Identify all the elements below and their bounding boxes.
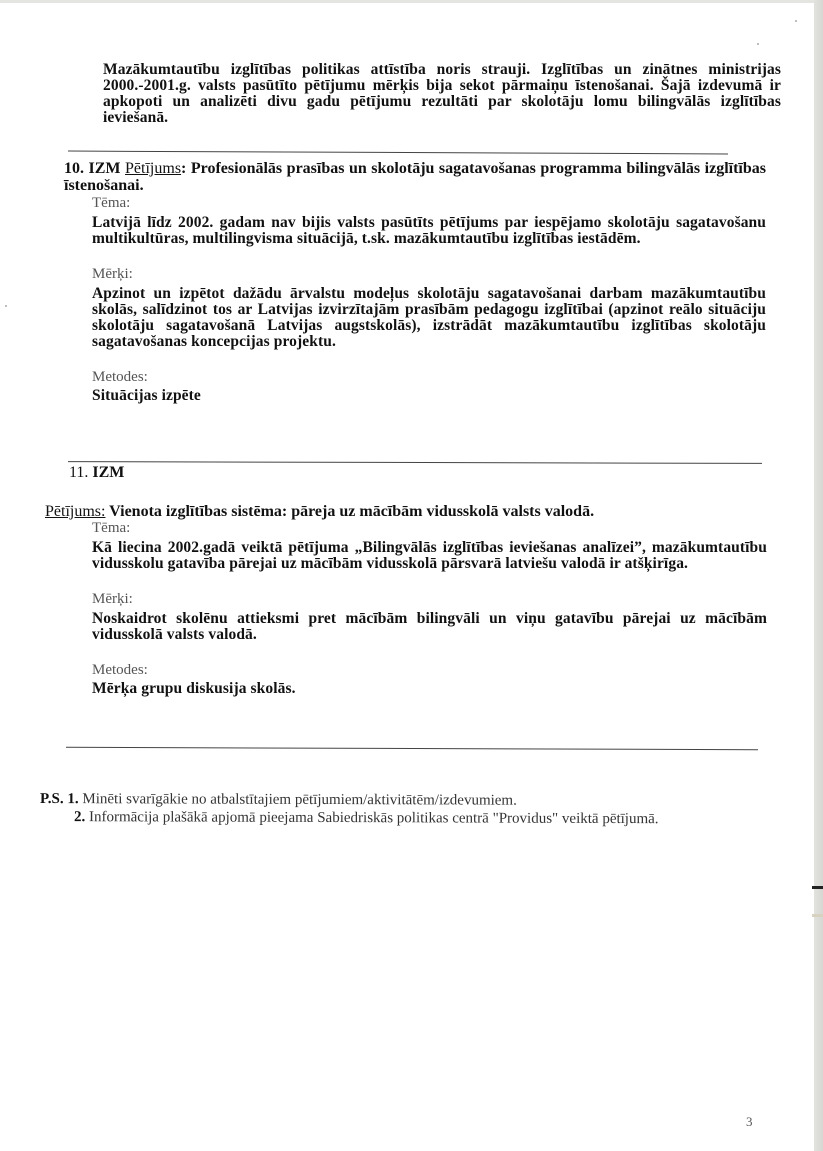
scan-speck xyxy=(795,20,797,22)
scan-edge-mark xyxy=(812,914,823,917)
study-label: Pētījums xyxy=(125,160,181,177)
item-org: IZM xyxy=(92,464,124,481)
ps-note-2: 2. Informācija plašākā apjomā pieejama S… xyxy=(40,809,780,829)
study-title: Vienota izglītības sistēma: pāreja uz mā… xyxy=(105,503,594,520)
item-number: 10. xyxy=(64,160,84,177)
goals-text: Apzinot un izpētot dažādu ārvalstu modeļ… xyxy=(92,286,766,350)
item-org: IZM xyxy=(89,160,121,177)
ps-prefix: P.S. xyxy=(40,791,64,807)
scan-edge-top xyxy=(0,0,823,3)
methods-text: Situācijas izpēte xyxy=(92,388,766,404)
topic-text: Kā liecina 2002.gadā veiktā pētījuma „Bi… xyxy=(92,540,767,572)
methods-label: Metodes: xyxy=(92,369,766,386)
scan-speck xyxy=(5,305,7,307)
ps-note-number: 1. xyxy=(67,791,78,807)
page-number: 3 xyxy=(746,1114,753,1130)
topic-label: Tēma: xyxy=(92,195,766,212)
methods-label: Metodes: xyxy=(92,662,767,679)
item-11-heading: 11. IZM xyxy=(69,464,124,481)
scan-edge-mark xyxy=(812,886,823,889)
ps-notes: P.S. 1. Minēti svarīgākie no atbalstītaj… xyxy=(40,791,780,826)
ps-note-1: P.S. 1. Minēti svarīgākie no atbalstītaj… xyxy=(40,791,780,811)
goals-text: Noskaidrot skolēnu attieksmi pret mācībā… xyxy=(92,611,767,643)
item-10-heading: 10. IZM Pētījums: Profesionālās prasības… xyxy=(64,160,766,194)
scan-speck xyxy=(757,43,759,45)
ps-note-text: Informācija plašākā apjomā pieejama Sabi… xyxy=(89,809,659,827)
divider xyxy=(66,747,758,750)
goals-label: Mērķi: xyxy=(92,591,767,608)
item-11-study: Pētījums: Vienota izglītības sistēma: pā… xyxy=(45,503,767,520)
scan-edge-right xyxy=(814,0,823,1151)
divider xyxy=(68,461,762,464)
ps-note-number: 2. xyxy=(74,809,85,825)
ps-note-text: Minēti svarīgākie no atbalstītajiem pētī… xyxy=(82,791,517,809)
item-11: Pētījums: Vienota izglītības sistēma: pā… xyxy=(45,503,767,697)
topic-label: Tēma: xyxy=(92,520,767,537)
item-10: 10. IZM Pētījums: Profesionālās prasības… xyxy=(64,160,766,404)
study-label: Pētījums: xyxy=(45,503,105,520)
intro-paragraph: Mazākumtautību izglītības politikas attī… xyxy=(103,62,781,126)
goals-label: Mērķi: xyxy=(92,266,766,283)
divider xyxy=(68,151,728,155)
methods-text: Mērķa grupu diskusija skolās. xyxy=(92,681,767,697)
topic-text: Latvijā līdz 2002. gadam nav bijis valst… xyxy=(92,215,766,247)
item-number: 11. xyxy=(69,464,88,481)
